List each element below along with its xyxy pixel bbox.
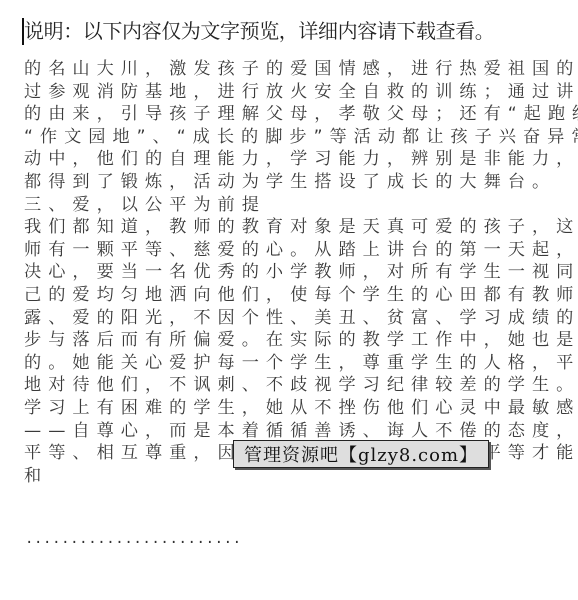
truncation-ellipsis: ························	[25, 537, 242, 549]
text-line: ——自尊心，而是本着循循善诱、诲人不倦的态度，做到人格	[24, 420, 554, 443]
document-body: 的名山大川，激发孩子的爱国情感，进行热爱祖国的教育；通 过参观消防基地，进行放火…	[24, 58, 554, 487]
text-line: 师有一颗平等、慈爱的心。从踏上讲台的第一天起，她就暗下	[24, 239, 554, 262]
watermark-text: 管理资源吧【glzy8.com】	[244, 441, 478, 467]
preview-notice: 说明：以下内容仅为文字预览，详细内容请下载查看。	[22, 16, 494, 46]
text-line: 的。她能关心爱护每一个学生，尊重学生的人格，平等、公正	[24, 352, 554, 375]
text-line: 学习上有困难的学生，她从不挫伤他们心灵中最敏感的角落	[24, 397, 554, 420]
text-line: 决心，要当一名优秀的小学教师，对所有学生一视同仁，把自	[24, 261, 554, 284]
preview-notice-text: 说明：以下内容仅为文字预览，详细内容请下载查看。	[24, 16, 494, 46]
text-line: 步与落后而有所偏爱。在实际的教学工作中，她也是这么做	[24, 329, 554, 352]
text-line: 的名山大川，激发孩子的爱国情感，进行热爱祖国的教育；通	[24, 58, 554, 81]
section-heading: 三、爱，以公平为前提	[24, 194, 554, 217]
text-line: 的由来，引导孩子理解父母，孝敬父母；还有“起跑线”、	[24, 103, 554, 126]
text-line: 露、爱的阳光，不因个性、美丑、贫富、学习成绩的好坏、进	[24, 307, 554, 330]
text-line: “作文园地”、“成长的脚步”等活动都让孩子兴奋异常。活	[24, 126, 554, 149]
watermark-label: 管理资源吧【glzy8.com】	[233, 440, 489, 468]
text-line: 和	[24, 465, 554, 488]
text-line: 都得到了锻炼，活动为学生搭设了成长的大舞台。	[24, 171, 554, 194]
text-line: 我们都知道，教师的教育对象是天真可爱的孩子，这就要求老	[24, 216, 554, 239]
text-line: 地对待他们，不讽刺、不歧视学习纪律较差的学生。特别是在	[24, 374, 554, 397]
text-line: 动中，他们的自理能力，学习能力，辨别是非能力，合作能力	[24, 148, 554, 171]
text-line: 己的爱均匀地洒向他们，使每个学生的心田都有教师爱的雨	[24, 284, 554, 307]
text-line: 过参观消防基地，进行放火安全自救的训练；通过讲自己名字	[24, 81, 554, 104]
